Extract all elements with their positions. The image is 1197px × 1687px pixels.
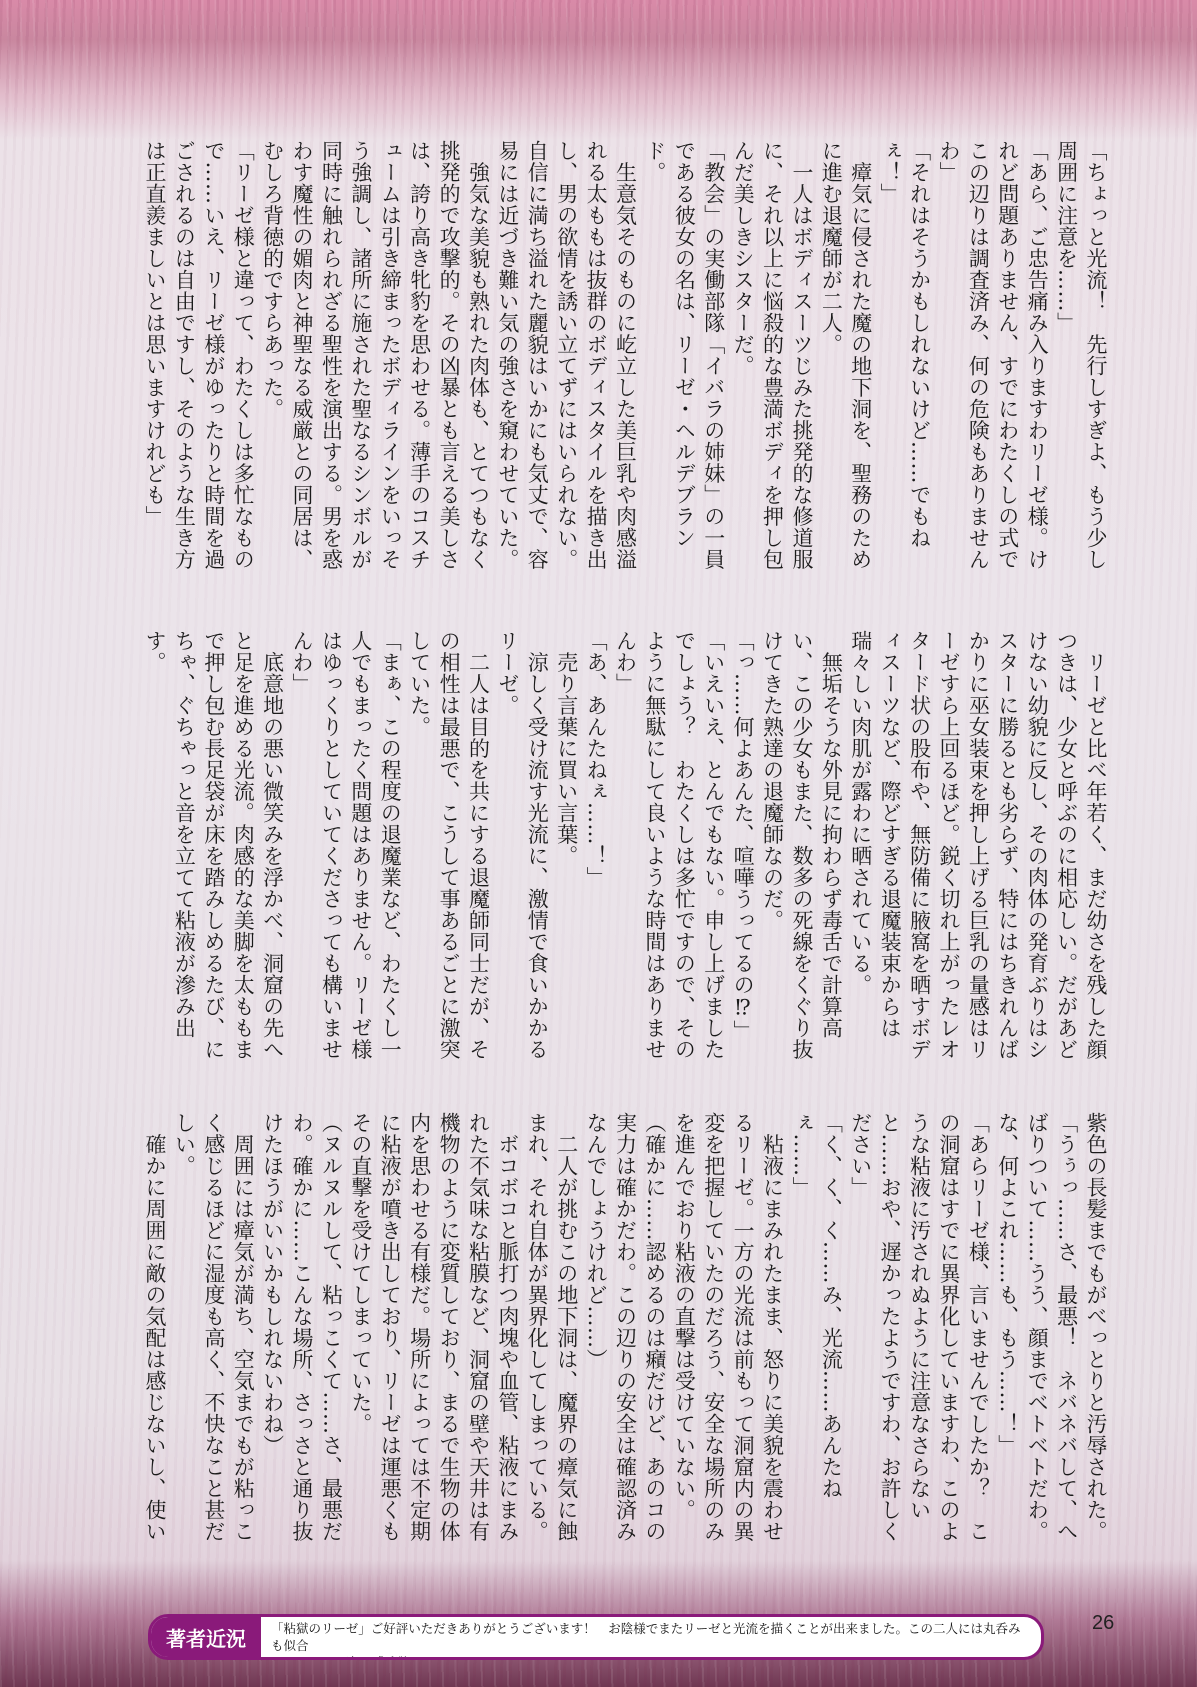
- paragraph: 紫色の長髪までもがべっとりと汚辱された。: [1081, 1112, 1110, 1557]
- author-note-line-2: いますね！ 次は「呑獄のリーゼ」なんてのもいいかもしれませんね。: [271, 1654, 1031, 1660]
- paragraph: 「あ、あんたねぇ……！」: [581, 630, 610, 1075]
- author-note-box: 著者近況 「粘獄のリーゼ」ご好評いただきありがとうございます！ お陰様でまたリー…: [148, 1614, 1044, 1660]
- paragraph: 「まぁ、この程度の退魔業など、わたくし一人でもまったく問題はありません。リーゼ様…: [287, 630, 405, 1075]
- paragraph: リーゼと比べ年若く、まだ幼さを残した顔つきは、少女と呼ぶのに相応しい。だがあどけ…: [845, 630, 1110, 1075]
- paragraph: 生意気そのものに屹立した美巨乳や肉感溢れる太ももは抜群のボディスタイルを描き出し…: [492, 140, 639, 585]
- author-note-text: 「粘獄のリーゼ」ご好評いただきありがとうございます！ お陰様でまたリーゼと光流を…: [261, 1617, 1041, 1657]
- paragraph: （ヌルヌルして、粘っこくて……さ、最悪だわ。確かに……こんな場所、さっさと通り抜…: [257, 1112, 345, 1557]
- paragraph: 底意地の悪い微笑みを浮かべ、洞窟の先へと足を進める光流。肉感的な美脚を太ももまで…: [146, 630, 287, 1075]
- paragraph: 涼しく受け流す光流に、激情で食いかかるリーゼ。: [492, 630, 551, 1075]
- text-tier-3: 紫色の長髪までもがべっとりと汚辱された。 「うぅっ……さ、最悪！ ネバネバして、…: [146, 1112, 1110, 1557]
- paragraph: 確かに周囲に敵の気配は感じないし、使い魔による諜報も信頼できる。ならばここは急い…: [146, 1112, 169, 1557]
- text-tier-2: リーゼと比べ年若く、まだ幼さを残した顔つきは、少女と呼ぶのに相応しい。だがあどけ…: [146, 630, 1110, 1075]
- paragraph: 粘液にまみれたまま、怒りに美貌を震わせるリーゼ。一方の光流は前もって洞窟内の異変…: [669, 1112, 787, 1557]
- paragraph: 「それはそうかもしれないけど……でもねぇ！」: [875, 140, 934, 585]
- paragraph: 二人は目的を共にする退魔師同士だが、その相性は最悪で、こうして事あるごとに激突し…: [404, 630, 492, 1075]
- author-note-label: 著者近況: [151, 1617, 261, 1657]
- paragraph: 周囲には瘴気が満ち、空気までもが粘っこく感じるほどに湿度も高く、不快なこと甚だし…: [169, 1112, 257, 1557]
- paragraph: 「っ……何よあんた、喧嘩うってるの⁉」: [728, 630, 757, 1075]
- paragraph: 売り言葉に買い言葉。: [551, 630, 580, 1075]
- paragraph: 無垢そうな外見に拘わらず毒舌で計算高い、この少女もまた、数多の死線をくぐり抜けて…: [757, 630, 845, 1075]
- paragraph: （確かに……認めるのは癪だけど、あのコの実力は確かだわ。この辺りの安全は確認済み…: [581, 1112, 669, 1557]
- text-tier-1: 「ちょっと光流！ 先行しすぎよ、もう少し周囲に注意を……」 「あら、ご忠告痛み入…: [146, 140, 1110, 585]
- paragraph: 「ちょっと光流！ 先行しすぎよ、もう少し周囲に注意を……」: [1051, 140, 1110, 585]
- paragraph: 「あら、ご忠告痛み入りますわリーゼ様。けれど問題ありません、すでにわたくしの式で…: [934, 140, 1052, 585]
- paragraph: 「教会」の実働部隊「イバラの姉妹」の一員である彼女の名は、リーゼ・ヘルデブランド…: [640, 140, 728, 585]
- page-number: 26: [1092, 1612, 1114, 1635]
- paragraph: 強気な美貌も熟れた肉体も、とてつもなく挑発的で攻撃的。その凶暴とも言える美しさは…: [257, 140, 492, 585]
- paragraph: 二人が挑むこの地下洞は、魔界の瘴気に蝕まれ、それ自体が異界化してしまっている。: [522, 1112, 581, 1557]
- paragraph: 「リーゼ様と違って、わたくしは多忙なもので……いえ、リーゼ様がゆったりと時間を過…: [146, 140, 257, 585]
- paragraph: 「うぅっ……さ、最悪！ ネバネバして、へばりついて……うう、顔までベトベトだわ。…: [992, 1112, 1080, 1557]
- paragraph: 瘴気に侵された魔の地下洞を、聖務のために進む退魔師が二人。: [816, 140, 875, 585]
- paragraph: 「あらリーゼ様、言いませんでしたか？ この洞窟はすでに異界化していますわ、このよ…: [845, 1112, 992, 1557]
- paragraph: 一人はボディスーツじみた挑発的な修道服に、それ以上に悩殺的な豊満ボディを押し包ん…: [728, 140, 816, 585]
- paragraph: ボコボコと脈打つ肉塊や血管、粘液にまみれた不気味な粘膜など、洞窟の壁や天井は有機…: [345, 1112, 521, 1557]
- author-note-line-1: 「粘獄のリーゼ」ご好評いただきありがとうございます！ お陰様でまたリーゼと光流を…: [271, 1620, 1031, 1654]
- paragraph: 「いえいえ、とんでもない。申し上げましたでしょう？ わたくしは多忙ですので、その…: [610, 630, 728, 1075]
- paragraph: 「く、く、く……み、光流……あんたねぇ……」: [787, 1112, 846, 1557]
